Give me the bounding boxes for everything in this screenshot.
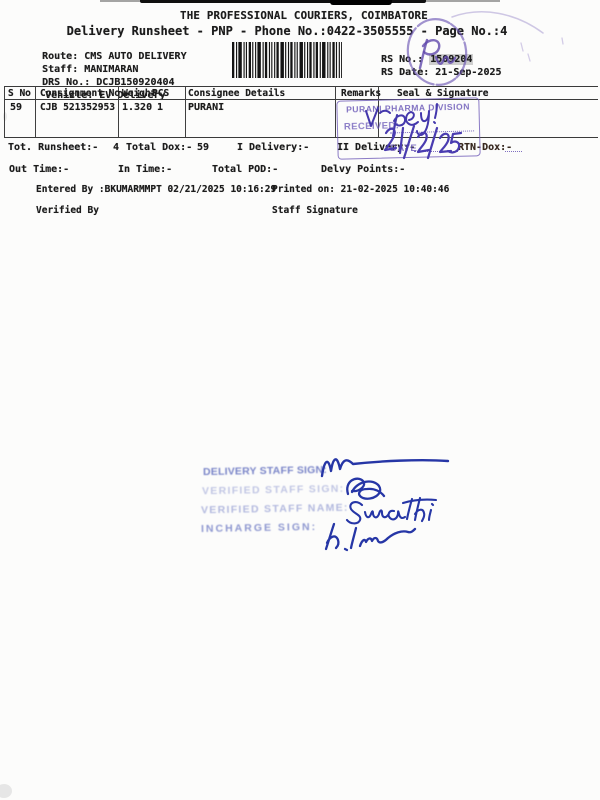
received-signature-ink xyxy=(366,104,437,136)
received-date-ink xyxy=(385,126,461,158)
ink-layer xyxy=(0,0,600,800)
verified-staff-name-ink xyxy=(347,498,436,523)
round-stamp-initials-ink xyxy=(420,40,455,68)
incharge-signature-ink xyxy=(326,524,415,550)
scanned-delivery-runsheet: THE PROFESSIONAL COURIERS, COIMBATORE De… xyxy=(0,0,600,800)
delivery-staff-signature-ink xyxy=(322,459,448,476)
verified-staff-signature-ink xyxy=(347,479,384,499)
round-stamp xyxy=(402,12,563,91)
